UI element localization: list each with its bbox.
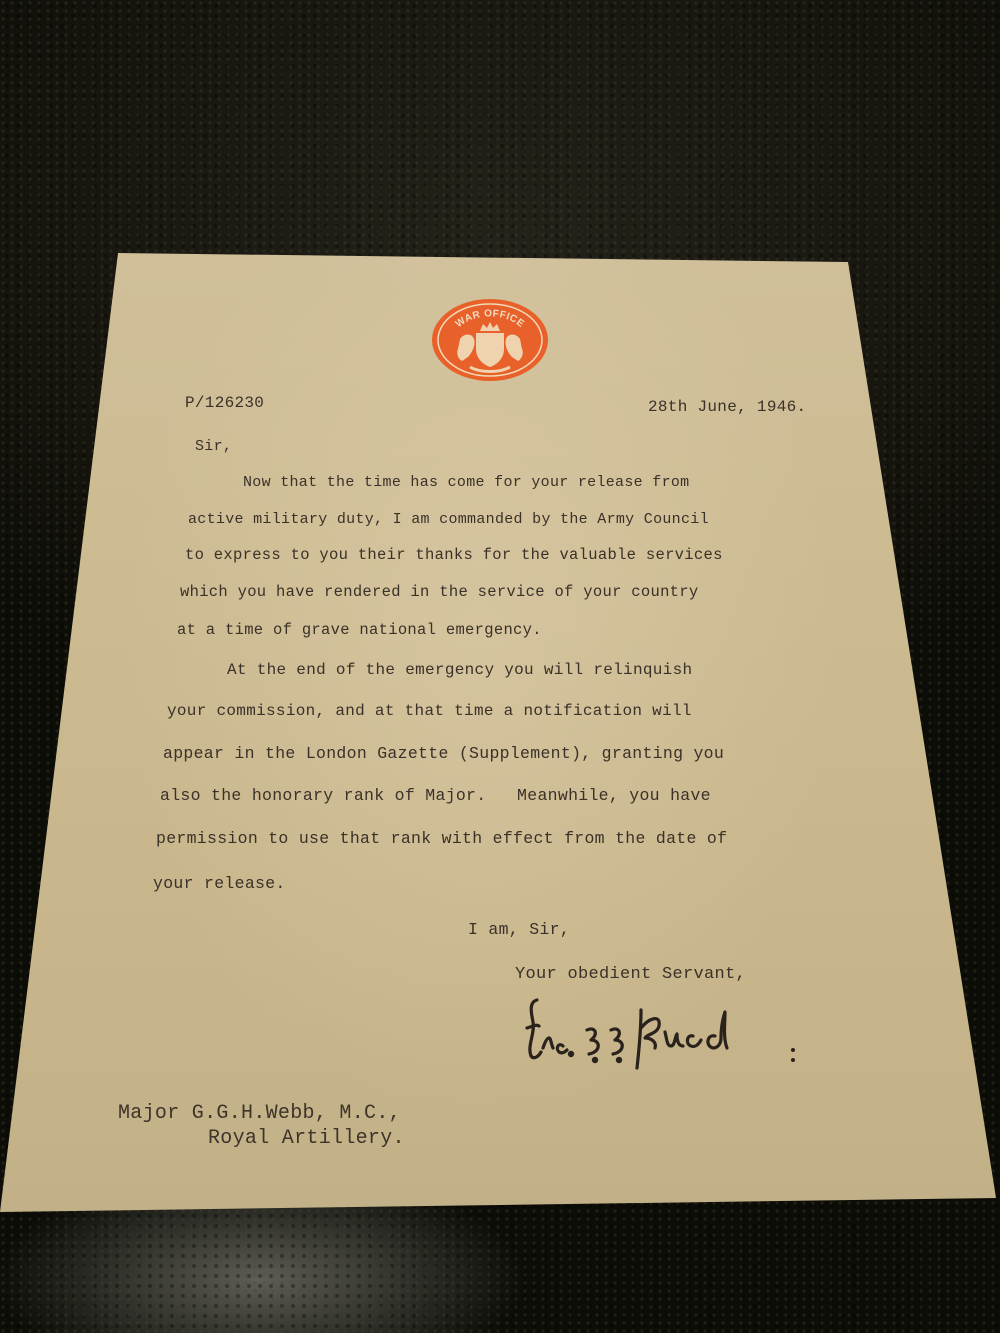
salutation: Sir, [195,438,232,455]
paragraph-1-line-1: Now that the time has come for your rele… [243,474,689,491]
paragraph-2-line-3: appear in the London Gazette (Supplement… [163,744,724,763]
war-office-seal-icon: WAR OFFICE [430,297,550,383]
paragraph-1-line-2: active military duty, I am commanded by … [188,511,709,528]
addressee-name: Major G.G.H.Webb, M.C., [118,1102,401,1125]
paragraph-1-line-3: to express to you their thanks for the v… [185,546,723,564]
signature [515,990,805,1080]
paragraph-1-line-4: which you have rendered in the service o… [180,583,698,601]
reference-number: P/126230 [185,394,264,412]
paragraph-2-line-2: your commission, and at that time a noti… [167,702,692,720]
closing-line-1: I am, Sir, [468,920,570,939]
addressee-unit: Royal Artillery. [208,1127,405,1150]
paragraph-1-line-5: at a time of grave national emergency. [177,621,542,639]
paragraph-2-line-4: also the honorary rank of Major. Meanwhi… [160,786,711,805]
closing-line-2: Your obedient Servant, [515,965,746,984]
paragraph-2-line-5: permission to use that rank with effect … [156,829,727,848]
paragraph-2-line-6: your release. [153,874,286,893]
paragraph-2-line-1: At the end of the emergency you will rel… [227,661,692,679]
letter-date: 28th June, 1946. [648,398,806,416]
